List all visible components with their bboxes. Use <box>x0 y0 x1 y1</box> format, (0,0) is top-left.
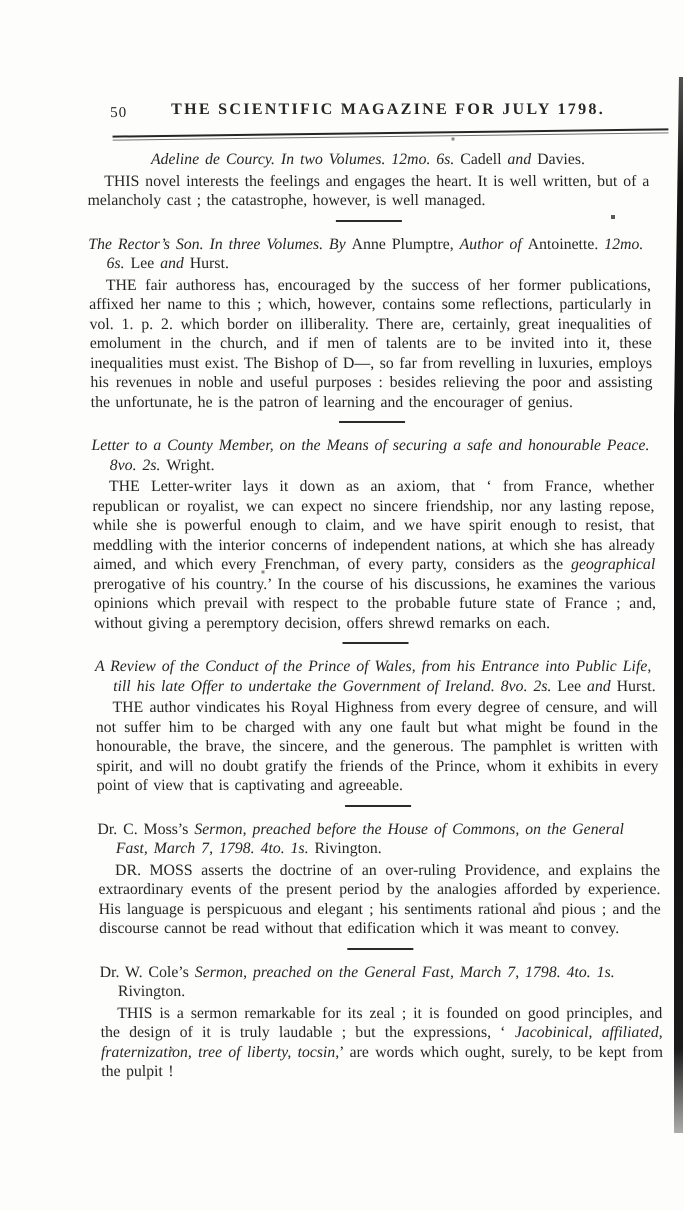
text-segment: Adeline de Courcy. In two Volumes. 12mo.… <box>151 151 461 168</box>
text-segment: Author of <box>459 236 527 253</box>
text-segment: Davies. <box>531 151 585 168</box>
text-segment: Antoinette. <box>528 236 605 253</box>
text-segment: and <box>507 151 531 168</box>
review-body: THE Letter-writer lays it down as an axi… <box>92 477 656 633</box>
review-title: The Rector’s Son. In three Volumes. By A… <box>88 235 651 274</box>
header-rule <box>113 128 669 140</box>
text-segment: Rivington. <box>118 983 185 1000</box>
review-title: Adeline de Courcy. In two Volumes. 12mo.… <box>87 150 649 170</box>
review-body: THIS novel interests the feelings and en… <box>87 172 650 211</box>
review-section-5: Dr. C. Moss’s Sermon, preached before th… <box>97 820 661 950</box>
review-body: DR. MOSS asserts the doctrine of an over… <box>98 861 661 939</box>
text-segment: Lee <box>130 255 160 272</box>
journal-title: THE SCIENTIFIC MAGAZINE FOR JULY 1798. <box>86 101 648 119</box>
text-segment: Lee <box>557 678 587 695</box>
review-body: THIS is a sermon remarkable for its zeal… <box>100 1004 663 1082</box>
scan-noise <box>0 0 2 2</box>
review-body: THE fair authoress has, encouraged by th… <box>89 276 653 413</box>
text-segment: Hurst. <box>611 678 656 695</box>
scan-edge-shadow <box>674 77 683 1133</box>
text-segment: Anne Plumptre, <box>351 236 459 253</box>
section-separator <box>345 805 411 807</box>
section-separator <box>347 948 413 950</box>
book-reviews-list: Adeline de Courcy. In two Volumes. 12mo.… <box>87 150 664 1082</box>
review-body: THE author vindicates his Royal Highness… <box>95 698 659 796</box>
review-title: Dr. W. Cole’s Sermon, preached on the Ge… <box>100 963 663 1002</box>
review-title: Dr. C. Moss’s Sermon, preached before th… <box>97 820 660 859</box>
review-section-1: Adeline de Courcy. In two Volumes. 12mo.… <box>87 150 650 222</box>
page-number: 50 <box>110 105 127 122</box>
text-segment: Sermon, preached on the General Fast, Ma… <box>195 964 615 981</box>
review-title: A Review of the Conduct of the Prince of… <box>95 657 658 696</box>
text-segment: THIS novel interests the feelings and en… <box>87 173 649 210</box>
review-section-6: Dr. W. Cole’s Sermon, preached on the Ge… <box>100 963 664 1082</box>
text-segment: Dr. W. Cole’s <box>100 964 195 981</box>
section-separator <box>342 642 408 644</box>
text-segment: and <box>160 255 184 272</box>
text-segment: prerogative of his country.’ In the cour… <box>93 576 656 632</box>
text-segment: Dr. C. Moss’s <box>97 821 194 838</box>
text-segment: The Rector’s Son. In three Volumes. By <box>88 236 352 253</box>
text-segment: THE fair authoress has, encouraged by th… <box>89 277 652 411</box>
section-separator <box>339 421 405 423</box>
text-segment: Rivington. <box>314 840 381 857</box>
text-segment: Wright. <box>166 457 214 474</box>
text-segment: THE author vindicates his Royal Highness… <box>96 699 659 794</box>
review-section-2: The Rector’s Son. In three Volumes. By A… <box>88 235 653 424</box>
review-section-4: A Review of the Conduct of the Prince of… <box>95 657 659 807</box>
text-segment: Hurst. <box>184 255 229 272</box>
text-segment: geographical <box>571 556 656 573</box>
section-separator <box>336 220 402 222</box>
review-title: Letter to a County Member, on the Means … <box>91 436 654 475</box>
scanned-magazine-page: 50 THE SCIENTIFIC MAGAZINE FOR JULY 1798… <box>0 0 684 1211</box>
text-segment: Cadell <box>460 151 507 168</box>
review-section-3: Letter to a County Member, on the Means … <box>91 436 656 644</box>
running-header: 50 THE SCIENTIFIC MAGAZINE FOR JULY 1798… <box>86 101 648 125</box>
page-content: 50 THE SCIENTIFIC MAGAZINE FOR JULY 1798… <box>86 101 663 1082</box>
text-segment: and <box>587 678 611 695</box>
text-segment: DR. MOSS asserts the doctrine of an over… <box>98 862 661 938</box>
